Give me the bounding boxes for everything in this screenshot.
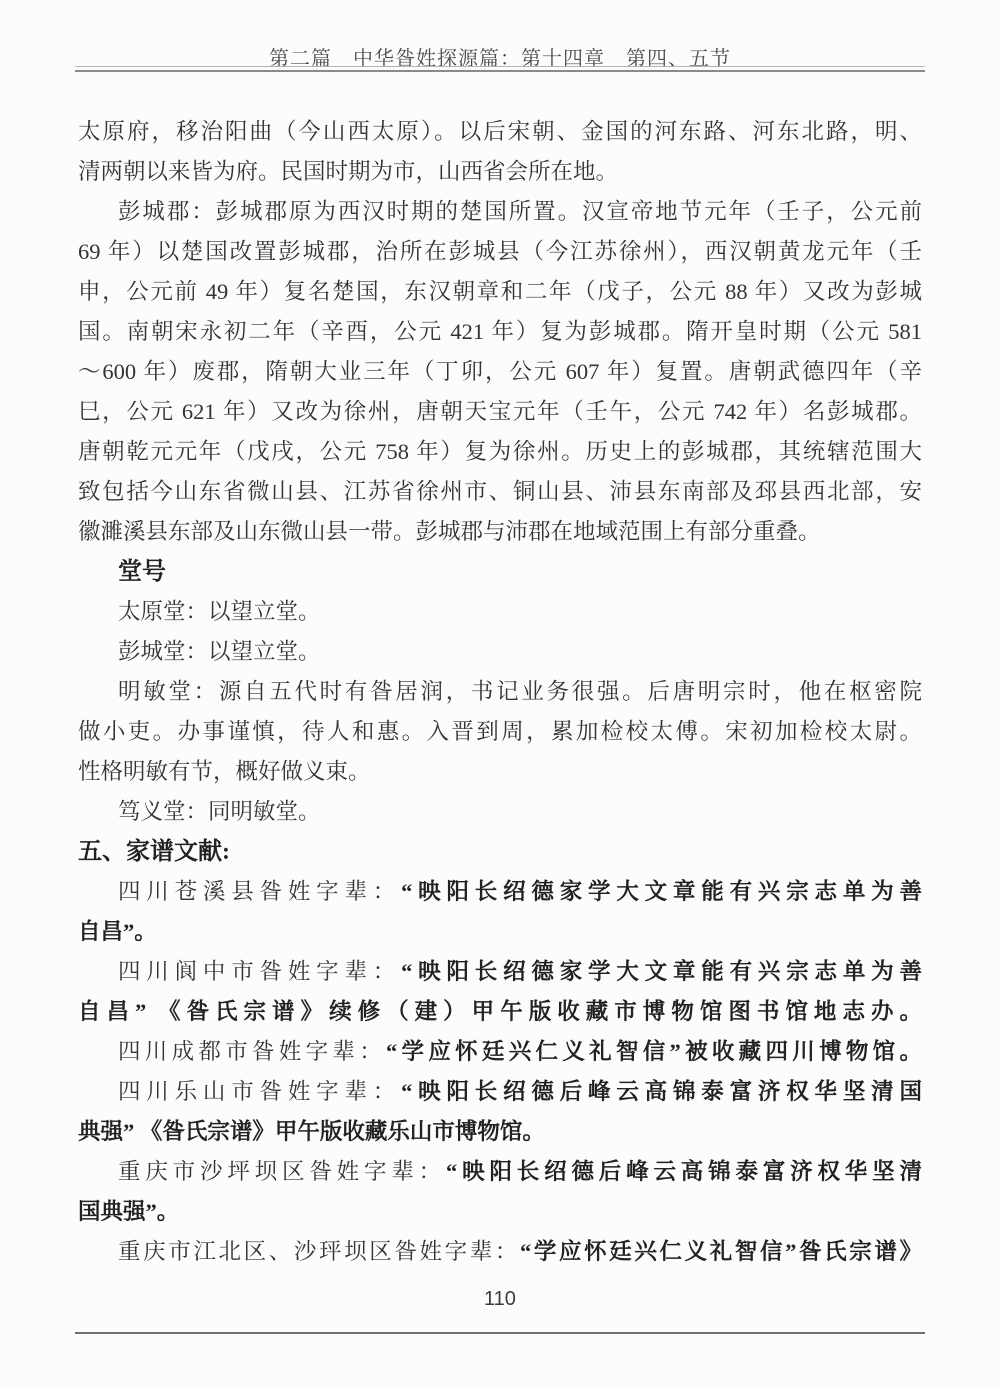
text-line: 做小吏。办事谨慎，待人和惠。入晋到周，累加检校太傅。宋初加检校太尉。 xyxy=(78,712,922,752)
body-text: 唐朝乾元元年（戊戌，公元 758 年）复为徐州。历史上的彭城郡，其统辖范围大 xyxy=(78,439,922,464)
text-line: 明敏堂：源自五代时有昝居润，书记业务很强。后唐明宗时，他在枢密院 xyxy=(78,672,922,712)
emphasis-text: “学应怀廷兴仁义礼智信”昝氏宗谱》 xyxy=(520,1239,922,1264)
emphasis-text: 五、家谱文献: xyxy=(78,839,230,865)
page-number: 110 xyxy=(0,1288,1000,1311)
body-text: 四川苍溪县昝姓字辈： xyxy=(118,879,401,904)
body-text: ～600 年）废郡，隋朝大业三年（丁卯，公元 607 年）复置。唐朝武德四年（辛 xyxy=(78,359,922,384)
text-line: 重庆市江北区、沙玶坝区昝姓字辈：“学应怀廷兴仁义礼智信”昝氏宗谱》 xyxy=(78,1232,922,1272)
document-page: 第二篇 中华昝姓探源篇：第十四章 第四、五节 太原府，移治阳曲（今山西太原）。以… xyxy=(0,0,1000,1386)
text-line: 太原府，移治阳曲（今山西太原）。以后宋朝、金国的河东路、河东北路，明、 xyxy=(78,112,922,152)
emphasis-text: “学应怀廷兴仁义礼智信”被收藏四川博物馆。 xyxy=(386,1039,922,1064)
text-line: 自昌”。 xyxy=(78,912,922,952)
body-text: 徽濉溪县东部及山东微山县一带。彭城郡与沛郡在地域范围上有部分重叠。 xyxy=(78,519,821,544)
body-text: 四川阆中市昝姓字辈： xyxy=(118,959,401,984)
body-text: 巳，公元 621 年）又改为徐州，唐朝天宝元年（壬午，公元 742 年）名彭城郡… xyxy=(78,399,922,424)
text-line: ～600 年）废郡，隋朝大业三年（丁卯，公元 607 年）复置。唐朝武德四年（辛 xyxy=(78,352,922,392)
body-text: 四川成都市昝姓字辈： xyxy=(118,1039,386,1064)
text-line: 性格明敏有节，概好做义束。 xyxy=(78,752,922,792)
header-rule-thick xyxy=(75,70,925,72)
text-line: 清两朝以来皆为府。民国时期为市，山西省会所在地。 xyxy=(78,152,922,192)
text-line: 重庆市沙坪坝区昝姓字辈：“映阳长绍德后峰云高锦泰富济权华坚清 xyxy=(78,1152,922,1192)
text-line: 唐朝乾元元年（戊戌，公元 758 年）复为徐州。历史上的彭城郡，其统辖范围大 xyxy=(78,432,922,472)
text-line: 徽濉溪县东部及山东微山县一带。彭城郡与沛郡在地域范围上有部分重叠。 xyxy=(78,512,922,552)
text-line: 四川阆中市昝姓字辈：“映阳长绍德家学大文章能有兴宗志单为善 xyxy=(78,952,922,992)
body-text: 四川乐山市昝姓字辈： xyxy=(118,1079,401,1104)
emphasis-text: “映阳长绍德家学大文章能有兴宗志单为善 xyxy=(401,959,922,984)
body-text: 做小吏。办事谨慎，待人和惠。入晋到周，累加检校太傅。宋初加检校太尉。 xyxy=(78,719,922,744)
emphasis-text: 自昌”。 xyxy=(78,919,157,944)
emphasis-text: “映阳长绍德后峰云高锦泰富济权华坚清 xyxy=(446,1159,922,1184)
text-line: 巳，公元 621 年）又改为徐州，唐朝天宝元年（壬午，公元 742 年）名彭城郡… xyxy=(78,392,922,432)
emphasis-text: 国典强”。 xyxy=(78,1199,179,1224)
body-text: 性格明敏有节，概好做义束。 xyxy=(78,759,371,784)
body-text: 明敏堂：源自五代时有昝居润，书记业务很强。后唐明宗时，他在枢密院 xyxy=(118,679,922,704)
text-line: 国。南朝宋永初二年（辛酉，公元 421 年）复为彭城郡。隋开皇时期（公元 581 xyxy=(78,312,922,352)
text-line: 致包括今山东省微山县、江苏省徐州市、铜山县、沛县东南部及邳县西北部，安 xyxy=(78,472,922,512)
body-text: 彭城堂：以望立堂。 xyxy=(118,639,321,664)
footer-rule xyxy=(75,1332,925,1334)
emphasis-text: 堂号 xyxy=(118,559,166,585)
emphasis-text: 典强” 《昝氏宗谱》甲午版收藏乐山市博物馆。 xyxy=(78,1119,545,1144)
emphasis-text: 自昌” 《昝氏宗谱》续修（建）甲午版收藏市博物馆图书馆地志办。 xyxy=(78,999,922,1024)
text-line: 四川乐山市昝姓字辈：“映阳长绍德后峰云高锦泰富济权华坚清国 xyxy=(78,1072,922,1112)
text-line: 申，公元前 49 年）复名楚国，东汉朝章和二年（戊子，公元 88 年）又改为彭城 xyxy=(78,272,922,312)
text-line: 太原堂：以望立堂。 xyxy=(78,592,922,632)
emphasis-text: “映阳长绍德后峰云高锦泰富济权华坚清国 xyxy=(401,1079,922,1104)
text-line: 四川苍溪县昝姓字辈：“映阳长绍德家学大文章能有兴宗志单为善 xyxy=(78,872,922,912)
text-line: 典强” 《昝氏宗谱》甲午版收藏乐山市博物馆。 xyxy=(78,1112,922,1152)
body-text: 重庆市江北区、沙玶坝区昝姓字辈： xyxy=(118,1239,520,1264)
section-heading: 五、家谱文献: xyxy=(78,832,922,872)
body-text: 国。南朝宋永初二年（辛酉，公元 421 年）复为彭城郡。隋开皇时期（公元 581 xyxy=(78,319,922,344)
body-text-block: 太原府，移治阳曲（今山西太原）。以后宋朝、金国的河东路、河东北路，明、清两朝以来… xyxy=(78,112,922,1272)
body-text: 申，公元前 49 年）复名楚国，东汉朝章和二年（戊子，公元 88 年）又改为彭城 xyxy=(78,279,922,304)
body-text: 笃义堂：同明敏堂。 xyxy=(118,799,321,824)
text-line: 四川成都市昝姓字辈：“学应怀廷兴仁义礼智信”被收藏四川博物馆。 xyxy=(78,1032,922,1072)
emphasis-text: “映阳长绍德家学大文章能有兴宗志单为善 xyxy=(401,879,922,904)
body-text: 重庆市沙坪坝区昝姓字辈： xyxy=(118,1159,446,1184)
text-line: 笃义堂：同明敏堂。 xyxy=(78,792,922,832)
text-line: 彭城郡：彭城郡原为西汉时期的楚国所置。汉宣帝地节元年（壬子，公元前 xyxy=(78,192,922,232)
section-heading: 堂号 xyxy=(78,552,922,592)
text-line: 自昌” 《昝氏宗谱》续修（建）甲午版收藏市博物馆图书馆地志办。 xyxy=(78,992,922,1032)
body-text: 彭城郡：彭城郡原为西汉时期的楚国所置。汉宣帝地节元年（壬子，公元前 xyxy=(118,199,922,224)
body-text: 太原府，移治阳曲（今山西太原）。以后宋朝、金国的河东路、河东北路，明、 xyxy=(78,119,922,144)
text-line: 69 年）以楚国改置彭城郡，治所在彭城县（今江苏徐州），西汉朝黄龙元年（壬 xyxy=(78,232,922,272)
text-line: 彭城堂：以望立堂。 xyxy=(78,632,922,672)
body-text: 致包括今山东省微山县、江苏省徐州市、铜山县、沛县东南部及邳县西北部，安 xyxy=(78,479,922,504)
text-line: 国典强”。 xyxy=(78,1192,922,1232)
body-text: 69 年）以楚国改置彭城郡，治所在彭城县（今江苏徐州），西汉朝黄龙元年（壬 xyxy=(78,239,922,264)
body-text: 清两朝以来皆为府。民国时期为市，山西省会所在地。 xyxy=(78,159,618,184)
header-rule-thin xyxy=(75,66,925,67)
body-text: 太原堂：以望立堂。 xyxy=(118,599,321,624)
